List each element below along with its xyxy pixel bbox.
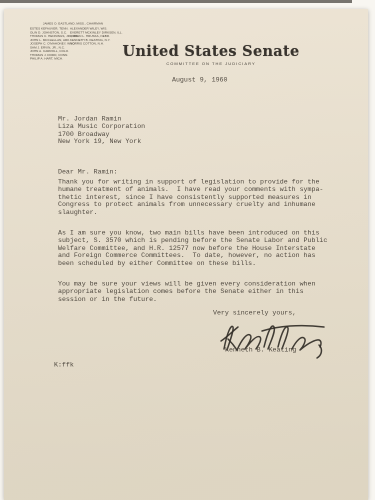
body-paragraph-3-text: You may be sure your views will be given… xyxy=(58,281,315,304)
body-paragraph-2-text: As I am sure you know, two main bills ha… xyxy=(58,230,327,268)
committee-chairman-text: JAMES O. EASTLAND, MISS., CHAIRMAN xyxy=(28,22,118,26)
committee-name-text: COMMITTEE ON THE JUDICIARY xyxy=(151,62,271,66)
valediction-text: Very sincerely yours, xyxy=(213,310,296,318)
typist-initials: K:ffk xyxy=(54,362,84,373)
signer-typed-name: Kenneth B. Keating xyxy=(225,347,333,358)
senate-masthead-title: United States Senate xyxy=(116,43,306,60)
signer-typed-name-text: Kenneth B. Keating xyxy=(225,347,296,355)
letter-date: August 9, 1960 xyxy=(172,77,256,88)
committee-name-line: COMMITTEE ON THE JUDICIARY xyxy=(151,62,271,73)
scan-edge xyxy=(0,0,352,3)
body-paragraph-1: Thank you for writing in support of legi… xyxy=(58,179,375,236)
letter-paper: JAMES O. EASTLAND, MISS., CHAIRMAN ESTES… xyxy=(4,9,368,500)
committee-members-right-text: ALEXANDER WILEY, WIS. EVERETT MCKINLEY D… xyxy=(70,27,123,46)
body-paragraph-2: As I am sure you know, two main bills ha… xyxy=(58,230,375,287)
recipient-address-block: Mr. Jordan Ramin Liza Music Corporation … xyxy=(58,116,190,162)
body-paragraph-1-text: Thank you for writing in support of legi… xyxy=(58,179,323,217)
salutation-text: Dear Mr. Ramin: xyxy=(58,169,117,177)
typist-initials-text: K:ffk xyxy=(54,362,74,370)
recipient-address-text: Mr. Jordan Ramin Liza Music Corporation … xyxy=(58,116,145,146)
letter-date-text: August 9, 1960 xyxy=(172,77,227,85)
